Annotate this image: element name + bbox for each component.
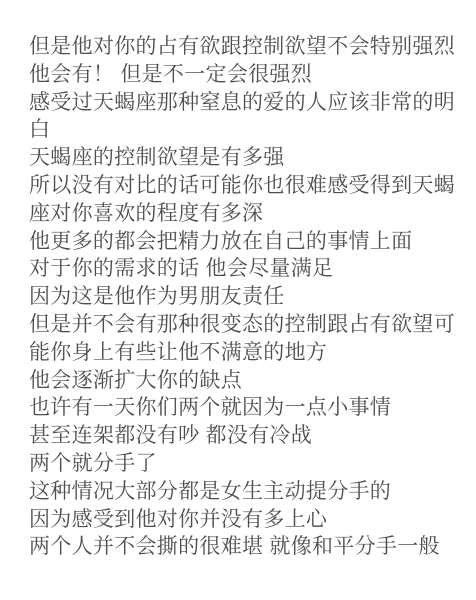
text-line: 因为这是他作为男朋友责任 bbox=[29, 283, 462, 311]
text-line: 感受过天蝎座那种窒息的爱的人应该非常的明 bbox=[29, 89, 462, 117]
text-line: 他更多的都会把精力放在自己的事情上面 bbox=[29, 228, 462, 256]
text-line: 所以没有对比的话可能你也很难感受得到天蝎 bbox=[29, 172, 462, 200]
text-line: 这种情况大部分都是女生主动提分手的 bbox=[29, 478, 462, 506]
text-line: 他会逐渐扩大你的缺点 bbox=[29, 367, 462, 395]
text-line: 两个人并不会撕的很难堪 就像和平分手一般 bbox=[29, 533, 462, 561]
text-line: 甚至连架都没有吵 都没有冷战 bbox=[29, 422, 462, 450]
text-line: 也许有一天你们两个就因为一点小事情 bbox=[29, 394, 462, 422]
text-line: 两个就分手了 bbox=[29, 450, 462, 478]
text-line: 但是他对你的占有欲跟控制欲望不会特别强烈 bbox=[29, 33, 462, 61]
text-line: 座对你喜欢的程度有多深 bbox=[29, 200, 462, 228]
text-content: 但是他对你的占有欲跟控制欲望不会特别强烈 他会有！ 但是不一定会很强烈 感受过天… bbox=[0, 0, 476, 561]
text-line: 但是并不会有那种很变态的控制跟占有欲望可 bbox=[29, 311, 462, 339]
text-line: 能你身上有些让他不满意的地方 bbox=[29, 339, 462, 367]
text-line: 因为感受到他对你并没有多上心 bbox=[29, 506, 462, 534]
text-line: 对于你的需求的话 他会尽量满足 bbox=[29, 255, 462, 283]
text-line: 天蝎座的控制欲望是有多强 bbox=[29, 144, 462, 172]
text-line: 他会有！ 但是不一定会很强烈 bbox=[29, 61, 462, 89]
text-line: 白 bbox=[29, 116, 462, 144]
